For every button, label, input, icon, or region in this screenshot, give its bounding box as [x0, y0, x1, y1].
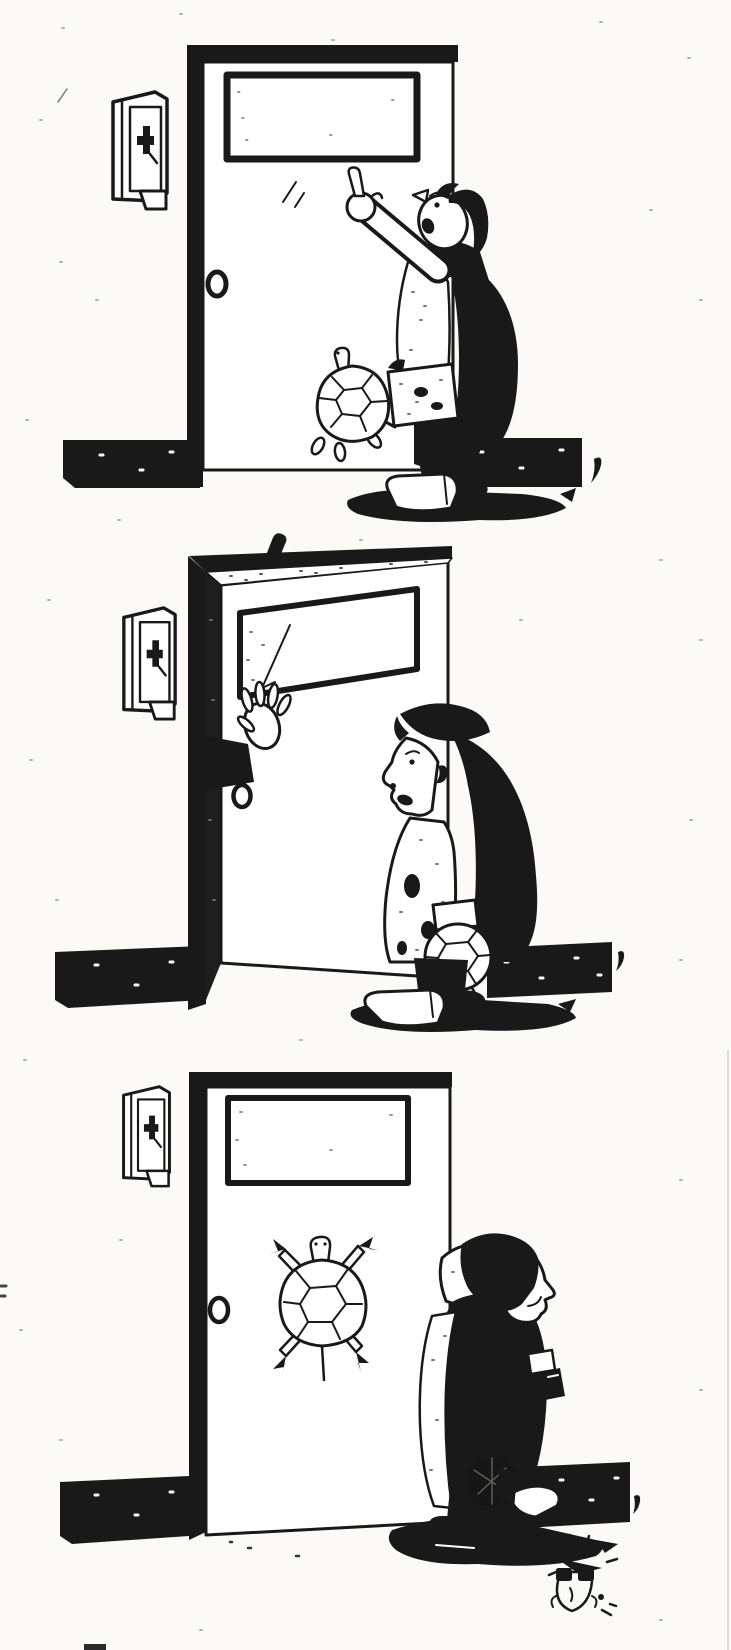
scan-mark-bottom — [84, 1644, 106, 1650]
comic-page: Three-panel wordless cartoon: a visitor … — [0, 0, 731, 1650]
turtle-shell — [317, 366, 388, 441]
ink-mark — [616, 951, 624, 971]
comic-art — [0, 0, 731, 1650]
panel-3 — [60, 1072, 640, 1615]
scan-mark-left — [1, 1286, 6, 1296]
ink-mark — [633, 1495, 640, 1514]
doorbell-icon — [124, 608, 175, 719]
door-window — [228, 1098, 408, 1183]
ink-mark — [591, 457, 601, 483]
door-knob — [208, 272, 226, 296]
door-knob — [234, 785, 251, 807]
sleeve — [206, 736, 254, 790]
panel-2 — [55, 533, 624, 1032]
door-window — [227, 75, 417, 159]
panel-1 — [63, 45, 601, 522]
scan-edge-line — [727, 1050, 729, 1650]
scan-mark-diagonal — [58, 89, 67, 102]
floor-shadow — [389, 1518, 618, 1574]
doorbell-icon — [113, 92, 167, 209]
door-knob — [210, 1298, 228, 1322]
doorbell-icon — [124, 1087, 170, 1186]
